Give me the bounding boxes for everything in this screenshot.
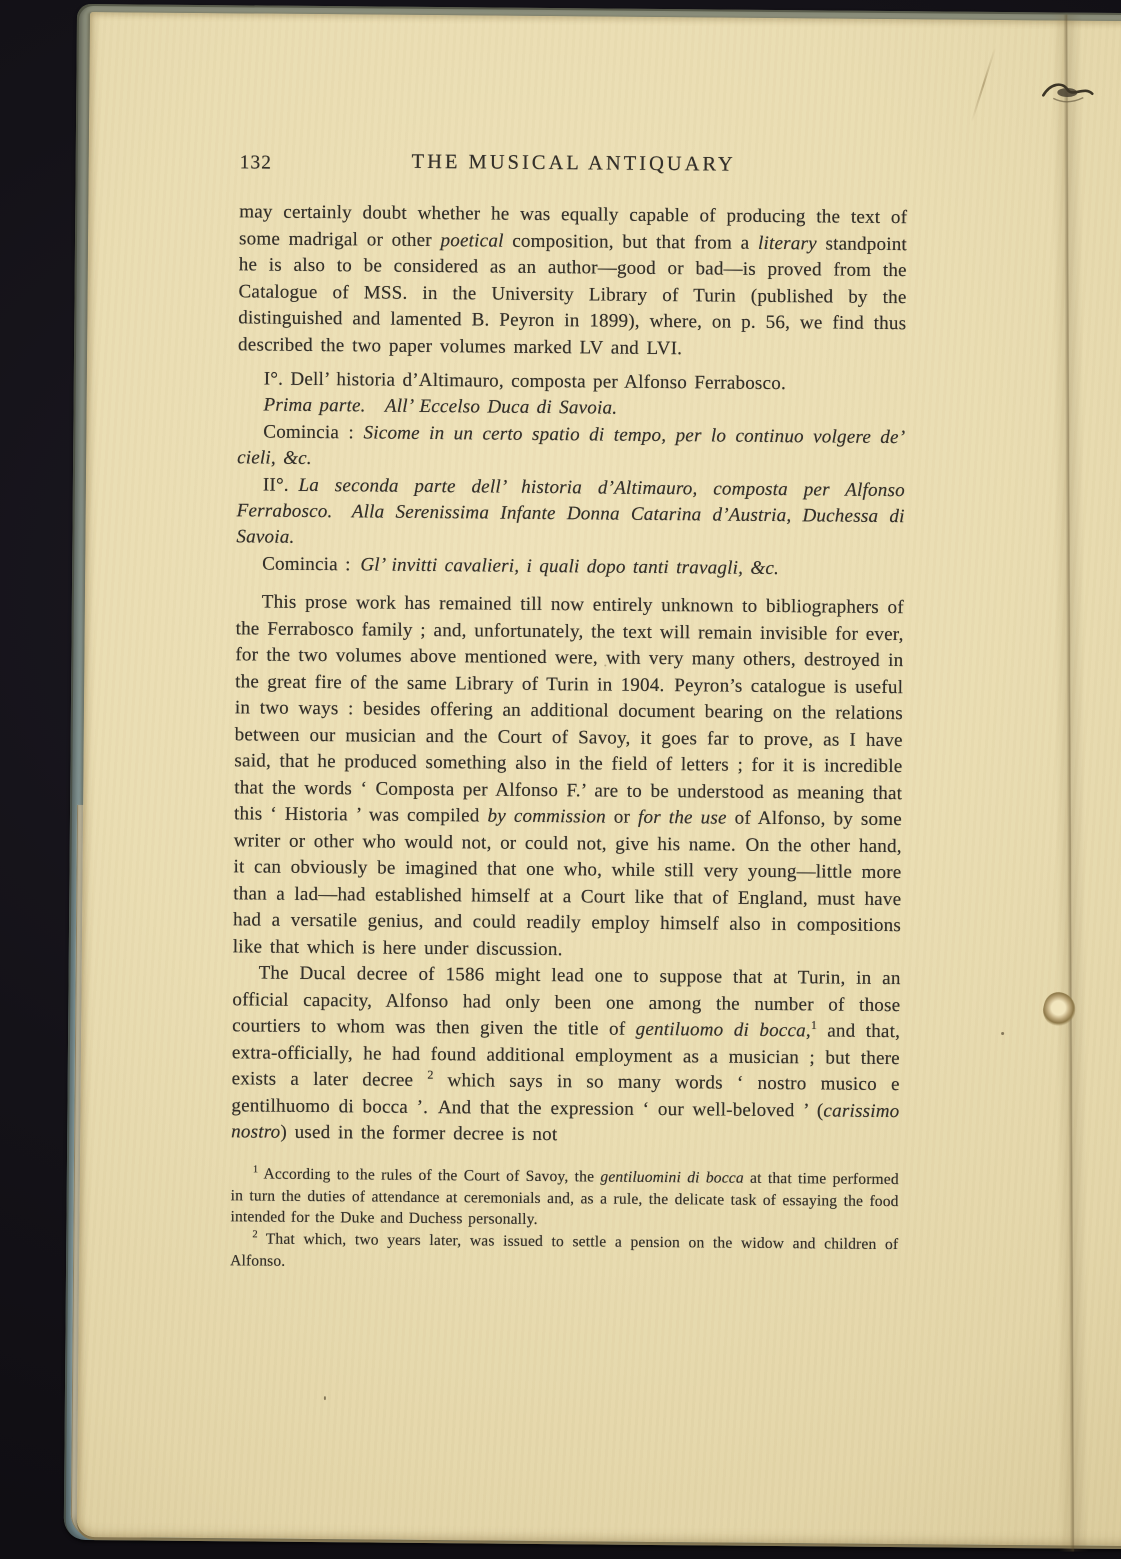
text-segment: II°. (263, 474, 299, 495)
paragraph-1: may certainly doubt whether he was equal… (238, 199, 907, 364)
text-segment: That which, two years later, was issued … (230, 1231, 898, 1270)
text-segment: Comincia : (263, 421, 363, 443)
running-title: THE MUSICAL ANTIQUARY (240, 149, 908, 178)
text-segment-italic: Gl’ invitti cavalieri, i quali dopo tant… (360, 554, 779, 579)
text-segment: or (606, 807, 638, 828)
photo-backdrop: 132 THE MUSICAL ANTIQUARY may certainly … (0, 0, 1121, 1559)
text-segment: composition, but that from a (504, 230, 759, 253)
catalog-entry: II°. La seconda parte dell’ historia d’A… (236, 472, 905, 557)
book-page: 132 THE MUSICAL ANTIQUARY may certainly … (77, 12, 1121, 1546)
text-segment: Comincia : (262, 553, 360, 575)
page-number: 132 (240, 152, 272, 174)
gutter-crease (1052, 15, 1089, 1552)
paragraph-3: The Ducal decree of 1586 might lead one … (231, 961, 901, 1152)
text-segment: According to the rules of the Court of S… (258, 1165, 600, 1185)
catalog-entry: Comincia : Sicome in un certo spatio di … (237, 419, 905, 478)
text-segment: I°. Dell’ historia d’Altimauro, composta… (264, 369, 786, 395)
text-segment: This prose work has remained till now en… (234, 592, 904, 827)
text-column: 132 THE MUSICAL ANTIQUARY may certainly … (230, 149, 908, 1278)
paper-speck (1001, 1032, 1004, 1035)
text-segment-italic: gentiluomini di bocca (600, 1168, 744, 1186)
footnotes-block: 1 According to the rules of the Court of… (230, 1163, 899, 1278)
catalog-entry: Comincia : Gl’ invitti cavalieri, i qual… (236, 551, 904, 583)
catalog-block: I°. Dell’ historia d’Altimauro, composta… (236, 366, 906, 583)
footnote-2: 2 That which, two years later, was issue… (230, 1228, 898, 1277)
text-segment-italic: literary (758, 232, 817, 254)
text-segment: of Alfonso, by some writer or other who … (233, 808, 902, 960)
book: 132 THE MUSICAL ANTIQUARY may certainly … (77, 12, 1121, 1546)
text-segment-italic: La seconda parte dell’ historia d’Altima… (236, 474, 905, 548)
corner-crease (971, 47, 996, 122)
binding-thread-icon (1039, 76, 1097, 111)
footnote-1: 1 According to the rules of the Court of… (230, 1163, 899, 1234)
text-segment-italic: poetical (441, 230, 504, 252)
paper-speck (324, 1396, 326, 1400)
text-segment-italic: Prima parte. All’ Eccelso Duca di Savoia… (263, 395, 617, 419)
text-segment-italic: for the use (638, 807, 727, 829)
page-header: 132 THE MUSICAL ANTIQUARY (240, 149, 908, 185)
paragraph-2: This prose work has remained till now en… (233, 590, 904, 967)
text-segment: ) used in the former decree is not (280, 1122, 557, 1145)
text-segment-italic: by commission (487, 806, 606, 828)
text-segment-italic: gentiluomo di bocca (636, 1019, 806, 1041)
